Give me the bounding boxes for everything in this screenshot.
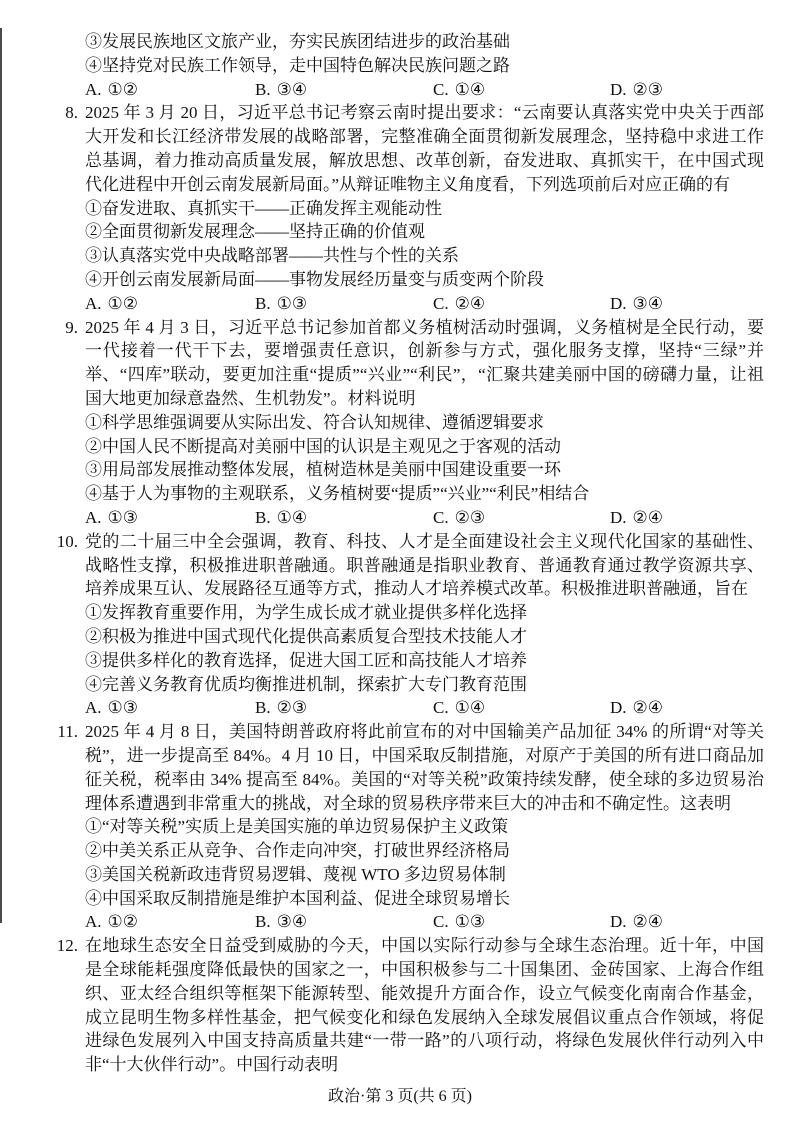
choice-c: C.①④	[433, 696, 610, 720]
choice-d-label: D.	[610, 80, 627, 99]
choice-d-label: D.	[610, 508, 627, 527]
choice-c-label: C.	[433, 80, 449, 99]
choice-c-value: ②④	[455, 294, 485, 313]
choice-d: D.②③	[610, 78, 764, 102]
question-10-number: 10.	[48, 530, 85, 554]
question-8: 8. 2025 年 3 月 20 日，习近平总书记考察云南时提出要求：“云南要认…	[48, 101, 764, 315]
choice-d-value: ②④	[633, 698, 663, 717]
option-item-2: ②全面贯彻新发展理念——坚持正确的价值观	[85, 220, 764, 244]
question-body: ③发展民族地区文旅产业，夯实民族团结进步的政治基础 ④坚持党对民族工作领导，走中…	[85, 30, 764, 101]
choice-row: A.①② B.③④ C.①④ D.②③	[85, 78, 764, 102]
option-item-3: ③提供多样化的教育选择，促进大国工匠和高技能人才培养	[85, 649, 764, 673]
choice-c-label: C.	[433, 294, 449, 313]
choice-a-value: ①②	[108, 80, 138, 99]
choice-d-label: D.	[610, 294, 627, 313]
choice-a: A.①②	[85, 910, 255, 934]
choice-a-label: A.	[85, 294, 102, 313]
question-7-fragment: ③发展民族地区文旅产业，夯实民族团结进步的政治基础 ④坚持党对民族工作领导，走中…	[48, 30, 764, 101]
choice-b-value: ③④	[277, 80, 307, 99]
exam-paper-page: ③发展民族地区文旅产业，夯实民族团结进步的政治基础 ④坚持党对民族工作领导，走中…	[0, 0, 800, 1131]
question-8-body: 2025 年 3 月 20 日，习近平总书记考察云南时提出要求：“云南要认真落实…	[85, 101, 764, 315]
option-item-3: ③认真落实党中央战略部署——共性与个性的关系	[85, 244, 764, 268]
question-9-body: 2025 年 4 月 3 日，习近平总书记参加首都义务植树活动时强调，义务植树是…	[85, 316, 764, 530]
question-9-number: 9.	[48, 316, 85, 340]
choice-b-value: ①④	[277, 508, 307, 527]
choice-b: B.①③	[255, 292, 433, 316]
question-10-stem: 党的二十届三中全会强调，教育、科技、人才是全面建设社会主义现代化国家的基础性、战…	[85, 530, 764, 601]
choice-b-label: B.	[255, 508, 271, 527]
choice-d: D.②④	[610, 696, 764, 720]
choice-a: A.①③	[85, 506, 255, 530]
choice-b: B.①④	[255, 506, 433, 530]
choice-d-label: D.	[610, 698, 627, 717]
choice-d-value: ②③	[633, 80, 663, 99]
choice-row: A.①③ B.①④ C.②③ D.②④	[85, 506, 764, 530]
choice-a: A.①②	[85, 78, 255, 102]
choice-c-label: C.	[433, 508, 449, 527]
choice-a-value: ①③	[108, 698, 138, 717]
option-item-1: ①奋发进取、真抓实干——正确发挥主观能动性	[85, 197, 764, 221]
question-10: 10. 党的二十届三中全会强调，教育、科技、人才是全面建设社会主义现代化国家的基…	[48, 530, 764, 720]
page-content: ③发展民族地区文旅产业，夯实民族团结进步的政治基础 ④坚持党对民族工作领导，走中…	[48, 30, 764, 1077]
choice-b-label: B.	[255, 294, 271, 313]
choice-a-value: ①②	[108, 294, 138, 313]
choice-c-label: C.	[433, 698, 449, 717]
choice-b-value: ①③	[277, 294, 307, 313]
choice-b-label: B.	[255, 912, 271, 931]
choice-d-label: D.	[610, 912, 627, 931]
question-9: 9. 2025 年 4 月 3 日，习近平总书记参加首都义务植树活动时强调，义务…	[48, 316, 764, 530]
choice-c-value: ①④	[455, 80, 485, 99]
choice-b: B.②③	[255, 696, 433, 720]
choice-row: A.①③ B.②③ C.①④ D.②④	[85, 696, 764, 720]
choice-b-label: B.	[255, 698, 271, 717]
question-11-stem: 2025 年 4 月 8 日，美国特朗普政府将此前宣布的对中国输美产品加征 34…	[85, 720, 764, 815]
choice-a-label: A.	[85, 912, 102, 931]
option-item-3: ③美国关税新政违背贸易逻辑、蔑视 WTO 多边贸易体制	[85, 863, 764, 887]
choice-b-label: B.	[255, 80, 271, 99]
option-item-3: ③用局部发展推动整体发展，植树造林是美丽中国建设重要一环	[85, 458, 764, 482]
question-9-stem: 2025 年 4 月 3 日，习近平总书记参加首都义务植树活动时强调，义务植树是…	[85, 316, 764, 411]
option-item-1: ①“对等关税”实质上是美国实施的单边贸易保护主义政策	[85, 815, 764, 839]
choice-d-value: ③④	[633, 294, 663, 313]
option-item-1: ①科学思维强调要从实际出发、符合认知规律、遵循逻辑要求	[85, 411, 764, 435]
choice-a-label: A.	[85, 508, 102, 527]
choice-a: A.①②	[85, 292, 255, 316]
option-item-2: ②积极为推进中国式现代化提供高素质复合型技术技能人才	[85, 625, 764, 649]
choice-c: C.②④	[433, 292, 610, 316]
choice-row: A.①② B.③④ C.①③ D.②④	[85, 910, 764, 934]
choice-c-value: ①③	[455, 912, 485, 931]
option-item-4: ④坚持党对民族工作领导，走中国特色解决民族问题之路	[85, 54, 764, 78]
question-11-number: 11.	[48, 720, 85, 744]
choice-b: B.③④	[255, 910, 433, 934]
question-8-stem: 2025 年 3 月 20 日，习近平总书记考察云南时提出要求：“云南要认真落实…	[85, 101, 764, 196]
choice-c-label: C.	[433, 912, 449, 931]
choice-a-value: ①②	[108, 912, 138, 931]
choice-a: A.①③	[85, 696, 255, 720]
choice-d: D.③④	[610, 292, 764, 316]
question-11: 11. 2025 年 4 月 8 日，美国特朗普政府将此前宣布的对中国输美产品加…	[48, 720, 764, 934]
option-item-4: ④基于人为事物的主观联系，义务植树要“提质”“兴业”“利民”相结合	[85, 482, 764, 506]
choice-d-value: ②④	[633, 912, 663, 931]
choice-b: B.③④	[255, 78, 433, 102]
choice-b-value: ③④	[277, 912, 307, 931]
choice-c-value: ①④	[455, 698, 485, 717]
choice-c: C.①③	[433, 910, 610, 934]
question-12-body: 在地球生态安全日益受到威胁的今天，中国以实际行动参与全球生态治理。近十年，中国是…	[85, 934, 764, 1077]
question-10-body: 党的二十届三中全会强调，教育、科技、人才是全面建设社会主义现代化国家的基础性、战…	[85, 530, 764, 720]
option-item-4: ④开创云南发展新局面——事物发展经历量变与质变两个阶段	[85, 268, 764, 292]
choice-row: A.①② B.①③ C.②④ D.③④	[85, 292, 764, 316]
choice-a-label: A.	[85, 698, 102, 717]
choice-d: D.②④	[610, 506, 764, 530]
question-8-number: 8.	[48, 101, 85, 125]
scan-edge-artifact	[0, 28, 2, 923]
choice-b-value: ②③	[277, 698, 307, 717]
choice-a-value: ①③	[108, 508, 138, 527]
option-item-4: ④完善义务教育优质均衡推进机制，探索扩大专门教育范围	[85, 673, 764, 697]
question-12: 12. 在地球生态安全日益受到威胁的今天，中国以实际行动参与全球生态治理。近十年…	[48, 934, 764, 1077]
choice-a-label: A.	[85, 80, 102, 99]
option-item-1: ①发挥教育重要作用，为学生成长成才就业提供多样化选择	[85, 601, 764, 625]
choice-d-value: ②④	[633, 508, 663, 527]
choice-c: C.①④	[433, 78, 610, 102]
question-11-body: 2025 年 4 月 8 日，美国特朗普政府将此前宣布的对中国输美产品加征 34…	[85, 720, 764, 934]
choice-c-value: ②③	[455, 508, 485, 527]
option-item-3: ③发展民族地区文旅产业，夯实民族团结进步的政治基础	[85, 30, 764, 54]
option-item-4: ④中国采取反制措施是维护本国利益、促进全球贸易增长	[85, 887, 764, 911]
option-item-2: ②中国人民不断提高对美丽中国的认识是主观见之于客观的活动	[85, 435, 764, 459]
choice-c: C.②③	[433, 506, 610, 530]
question-12-stem: 在地球生态安全日益受到威胁的今天，中国以实际行动参与全球生态治理。近十年，中国是…	[85, 934, 764, 1077]
choice-d: D.②④	[610, 910, 764, 934]
question-12-number: 12.	[48, 934, 85, 958]
option-item-2: ②中美关系正从竞争、合作走向冲突，打破世界经济格局	[85, 839, 764, 863]
page-footer: 政治·第 3 页(共 6 页)	[0, 1085, 800, 1109]
